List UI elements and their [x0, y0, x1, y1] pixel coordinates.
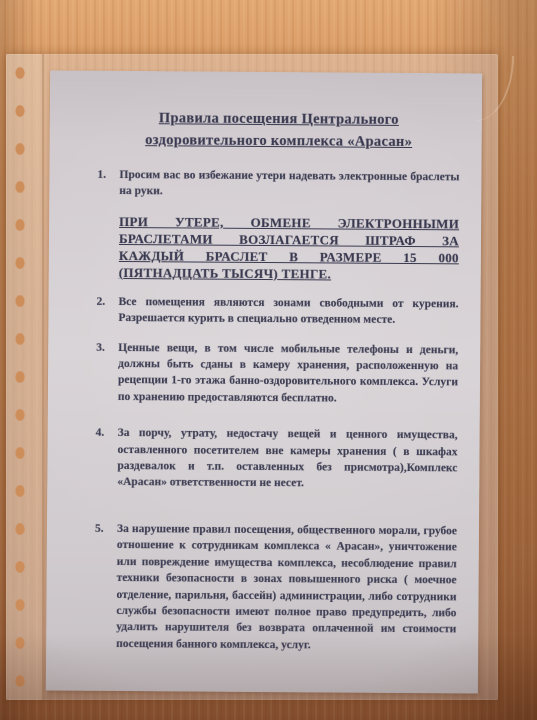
sleeve-corner-curl-mark [476, 56, 514, 121]
item-number: 4. [96, 425, 105, 441]
document-title: Правила посещения Центрального оздоровит… [113, 107, 445, 153]
item-text: Все помещения являются зонами свободными… [118, 296, 458, 326]
item-number: 3. [96, 339, 105, 355]
item-number: 5. [95, 521, 104, 537]
rule-item: 4. За порчу, утрату, недостачу вещей и ц… [95, 425, 457, 493]
binder-holes-strip [6, 54, 44, 700]
document-content: Правила посещения Центрального оздоровит… [46, 70, 482, 654]
item-number: 1. [97, 167, 106, 183]
rule-item: 5. За нарушение правил посещения, общест… [94, 521, 457, 655]
photo-of-rules-document: Правила посещения Центрального оздоровит… [0, 0, 537, 720]
penalty-notice: ПРИ УТЕРЕ, ОБМЕНЕ ЭЛЕКТРОННЫМИ БРАСЛЕТАМ… [119, 213, 459, 283]
rule-item: 3. Ценные вещи, в том числе мобильные те… [96, 339, 458, 407]
item-text: За порчу, утрату, недостачу вещей и ценн… [117, 427, 457, 490]
plastic-sheet-protector: Правила посещения Центрального оздоровит… [6, 54, 498, 700]
item-text: Просим вас во избежание утери надевать э… [119, 169, 459, 198]
rule-item: 2. Все помещения являются зонами свободн… [96, 294, 458, 329]
rule-item: 1. Просим вас во избежание утери надеват… [97, 167, 459, 202]
item-number: 2. [96, 294, 105, 310]
item-text: За нарушение правил посещения, обществен… [116, 523, 457, 651]
item-text: Ценные вещи, в том числе мобильные телеф… [118, 342, 458, 405]
document-paper: Правила посещения Центрального оздоровит… [46, 70, 482, 693]
